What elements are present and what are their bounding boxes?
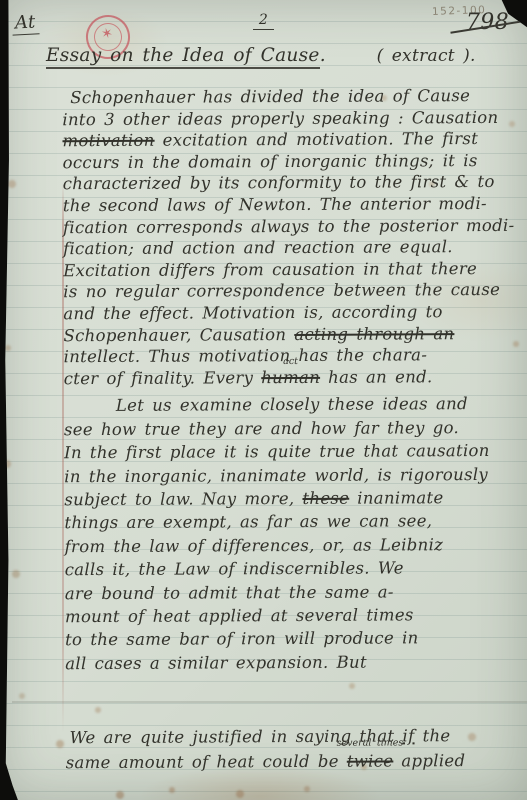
text-segment: cter of finality. Every — [64, 368, 262, 388]
inserted-word: several times — [337, 739, 404, 748]
text-segment: intellect. Thus motivation has the chara… — [64, 345, 428, 366]
marked-text-segment: humanact — [261, 367, 320, 389]
manuscript-line: all cases a similar expansion. But — [65, 650, 522, 676]
marked-text-segment: motivation — [62, 131, 154, 150]
manuscript-line: fication corresponds always to the poste… — [63, 214, 520, 238]
manuscript-line: into 3 other ideas properly speaking : C… — [62, 106, 519, 130]
struck-word: twice — [347, 752, 394, 771]
manuscript-line: in the inorganic, inanimate world, is ri… — [64, 462, 521, 488]
manuscript-line: Schopenhauer has divided the idea of Cau… — [62, 85, 519, 109]
text-segment: inanimate — [349, 488, 443, 507]
manuscript-line: the second laws of Newton. The anterior … — [63, 193, 520, 217]
text-segment: to the same bar of iron will produce in — [65, 629, 419, 650]
text-segment: all cases a similar expansion. But — [65, 652, 367, 673]
marked-text-segment: twiceseveral times — [347, 749, 394, 774]
manuscript-line: fication; and action and reaction are eq… — [63, 236, 520, 260]
manuscript-line: to the same bar of iron will produce in — [65, 626, 522, 652]
marked-text-segment: these — [302, 489, 349, 508]
manuscript-line: is no regular correspondence between the… — [63, 279, 520, 303]
manuscript-line: Let us examine closely these ideas and — [64, 392, 521, 418]
text-segment: Schopenhauer has divided the idea of Cau… — [70, 86, 470, 107]
text-segment: into 3 other ideas properly speaking : C… — [62, 108, 498, 129]
manuscript-line: are bound to admit that the same a- — [65, 579, 522, 605]
manuscript-page: At 2 152-100 798 Essay on the Idea of Ca… — [0, 0, 527, 800]
text-segment: fication; and action and reaction are eq… — [63, 237, 453, 258]
manuscript-line: mount of heat applied at several times — [65, 603, 522, 629]
manuscript-line: see how true they are and how far they g… — [64, 416, 521, 442]
manuscript-paragraph: Schopenhauer has divided the idea of Cau… — [62, 85, 521, 390]
text-segment: same amount of heat could be — [66, 752, 347, 772]
text-segment: the — [414, 726, 450, 745]
manuscript-line: things are exempt, as far as we can see, — [64, 509, 521, 535]
manuscript-body: Schopenhauer has divided the idea of Cau… — [62, 85, 523, 776]
marked-text-segment: acting through an — [294, 324, 454, 344]
text-segment: are bound to admit that the same a- — [65, 582, 394, 603]
manuscript-line: motivation excitation and motivation. Th… — [62, 128, 519, 152]
text-segment: subject to law. Nay more, — [64, 489, 302, 509]
manuscript-line: and the effect. Motivation is, according… — [63, 301, 520, 325]
manuscript-line: characterized by its conformity to the f… — [63, 171, 520, 195]
struck-word: human — [261, 368, 320, 387]
text-segment: in the inorganic, inanimate world, is ri… — [64, 465, 488, 486]
text-segment: occurs in the domain of inorganic things… — [63, 151, 478, 172]
text-segment: and the effect. Motivation is, according… — [63, 302, 442, 323]
page-number-value: 2 — [253, 12, 274, 30]
text-segment: things are exempt, as far as we can see, — [64, 512, 432, 533]
text-segment: Excitation differs from causation in tha… — [63, 259, 477, 280]
manuscript-line: same amount of heat could be twicesevera… — [66, 748, 523, 775]
text-segment: from the law of differences, or, as Leib… — [65, 535, 444, 556]
inserted-word: act — [283, 357, 298, 366]
text-segment: see how true they are and how far they g… — [64, 418, 459, 439]
manuscript-line: In the first place it is quite true that… — [64, 439, 521, 465]
text-segment: is no regular correspondence between the… — [63, 280, 500, 301]
text-segment: In the first place it is quite true that… — [64, 441, 490, 462]
manuscript-paragraph: We are quite justified in saying that if… — [66, 723, 523, 775]
text-segment: characterized by its conformity to the f… — [63, 172, 495, 193]
manuscript-line: We are quite justified in saying that if… — [66, 723, 523, 750]
text-segment: has an end. — [320, 367, 433, 387]
essay-title: Essay on the Idea of Cause. ( extract ). — [46, 45, 476, 66]
text-segment: Schopenhauer, Causation — [63, 325, 294, 345]
text-segment: the second laws of Newton. The anterior … — [63, 194, 487, 215]
manuscript-line: calls it, the Law of indiscernibles. We — [65, 556, 522, 582]
title-punct: . — [320, 45, 326, 66]
marked-text-segment: if — [402, 727, 414, 746]
struck-number: 798 — [466, 10, 509, 35]
text-segment: Let us examine closely these ideas and — [116, 394, 468, 415]
text-segment: mount of heat applied at several times — [65, 605, 414, 626]
title-text: Essay on the Idea of Cause — [46, 45, 320, 69]
manuscript-line: from the law of differences, or, as Leib… — [65, 533, 522, 559]
manuscript-paragraph: Let us examine closely these ideas andse… — [64, 392, 522, 675]
text-segment: excitation and motivation. The first — [155, 129, 479, 150]
manuscript-line: cter of finality. Every humanact has an … — [64, 366, 521, 390]
text-segment: applied — [393, 751, 465, 770]
manuscript-line: Schopenhauer, Causation acting through a… — [63, 322, 520, 346]
title-extract: ( extract ). — [377, 46, 476, 66]
manuscript-line: occurs in the domain of inorganic things… — [63, 150, 520, 174]
text-segment: fication corresponds always to the poste… — [63, 215, 515, 236]
manuscript-line: Excitation differs from causation in tha… — [63, 258, 520, 282]
manuscript-line: subject to law. Nay more, these inanimat… — [64, 486, 521, 512]
text-segment: calls it, the Law of indiscernibles. We — [65, 559, 404, 580]
foxing-spots — [0, 0, 4, 4]
paper-sheet: At 2 152-100 798 Essay on the Idea of Ca… — [0, 0, 527, 800]
